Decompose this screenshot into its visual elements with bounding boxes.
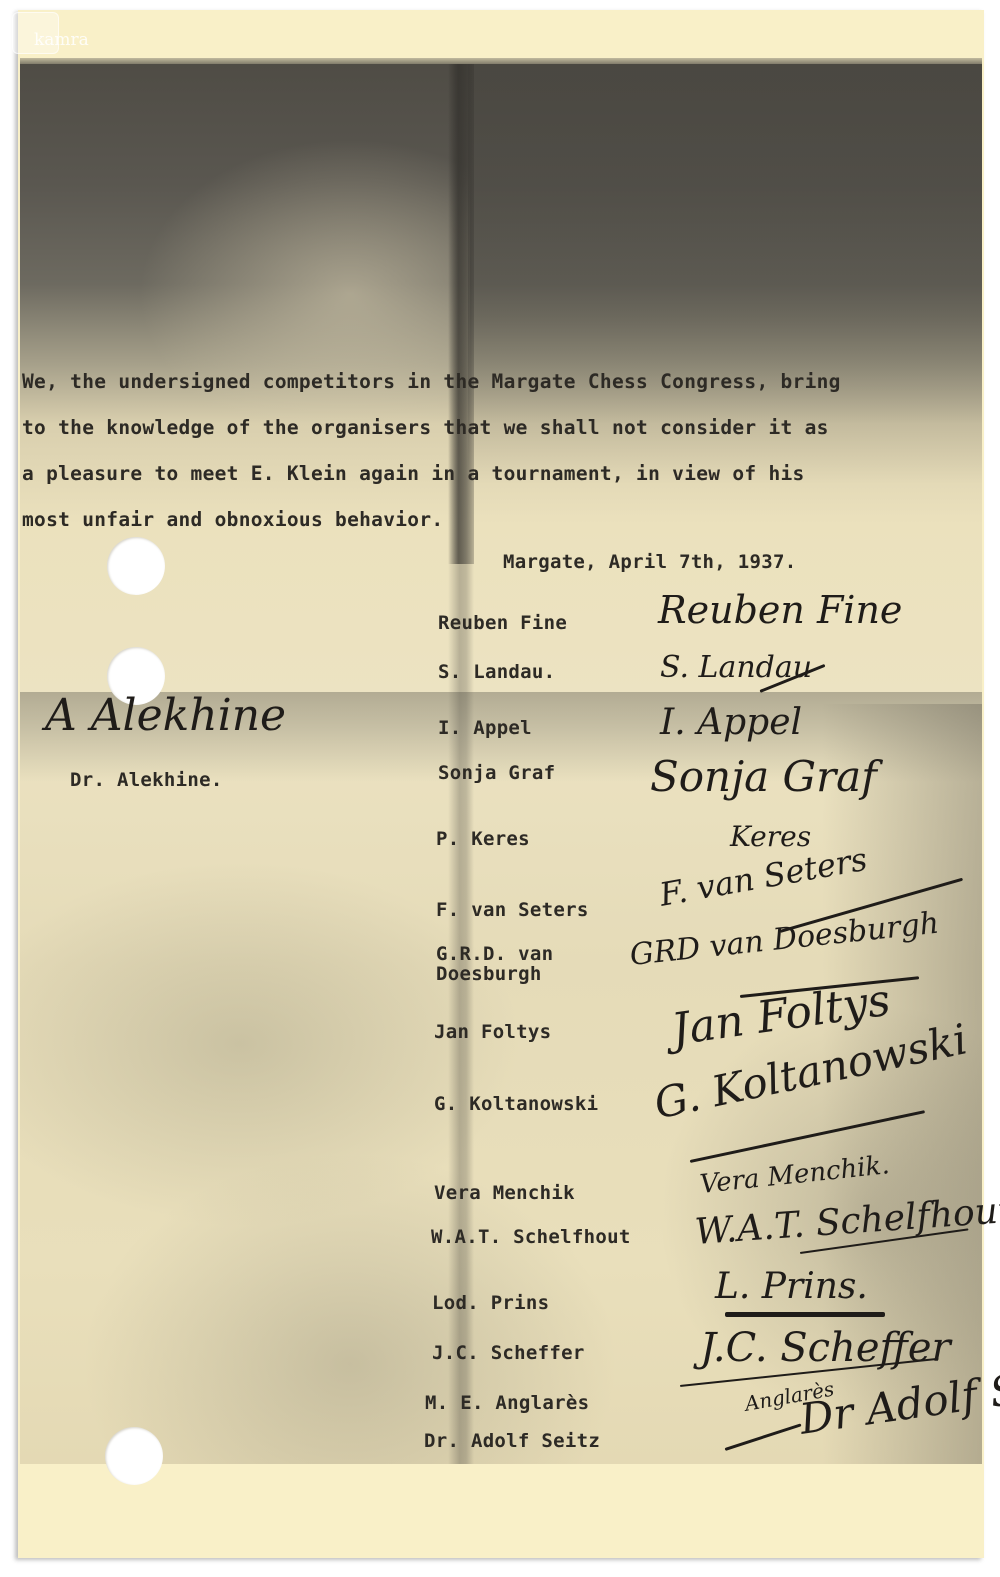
signature-graf: Sonja Graf <box>650 752 877 801</box>
signature-alekhine: A Alekhine <box>45 690 286 741</box>
typed-name-koltanowski: G. Koltanowski <box>434 1093 598 1115</box>
typed-name-prins: Lod. Prins <box>432 1292 549 1314</box>
declaration-line-1: We, the undersigned competitors in the M… <box>22 370 841 393</box>
signature-prins: L. Prins. <box>715 1266 868 1307</box>
place-and-date: Margate, April 7th, 1937. <box>503 551 796 573</box>
signature-keres: Keres <box>730 820 811 853</box>
signature-scheffer: J.C. Scheffer <box>700 1325 951 1371</box>
typed-name-foltys: Jan Foltys <box>434 1021 551 1043</box>
declaration-line-3: a pleasure to meet E. Klein again in a t… <box>22 462 805 485</box>
typed-name-appel: I. Appel <box>438 717 532 739</box>
typed-name-schelfhout: W.A.T. Schelfhout <box>431 1226 631 1248</box>
signature-fine: Reuben Fine <box>658 588 902 632</box>
typed-name-van-seters: F. van Seters <box>436 899 589 921</box>
declaration-line-2: to the knowledge of the organisers that … <box>22 416 829 439</box>
typed-name-van-doesburgh-1: G.R.D. van <box>436 943 553 965</box>
typed-name-anglares: M. E. Anglarès <box>425 1392 589 1414</box>
typed-name-alekhine: Dr. Alekhine. <box>70 769 223 791</box>
declaration-line-4: most unfair and obnoxious behavior. <box>22 508 443 531</box>
typed-name-graf: Sonja Graf <box>438 762 555 784</box>
typed-name-landau: S. Landau. <box>438 661 555 683</box>
punch-hole-top <box>107 537 165 595</box>
typed-name-keres: P. Keres <box>436 828 530 850</box>
typed-name-van-doesburgh-2: Doesburgh <box>436 963 542 985</box>
typed-name-seitz: Dr. Adolf Seitz <box>424 1430 600 1452</box>
punch-hole-bottom <box>105 1427 163 1485</box>
typed-name-menchik: Vera Menchik <box>434 1182 575 1204</box>
typed-name-fine: Reuben Fine <box>438 612 567 634</box>
typed-name-scheffer: J.C. Scheffer <box>432 1342 585 1364</box>
watermark-text: kamra <box>34 30 89 50</box>
signature-appel: I. Appel <box>660 702 802 743</box>
signature-prins-underline <box>725 1312 885 1317</box>
